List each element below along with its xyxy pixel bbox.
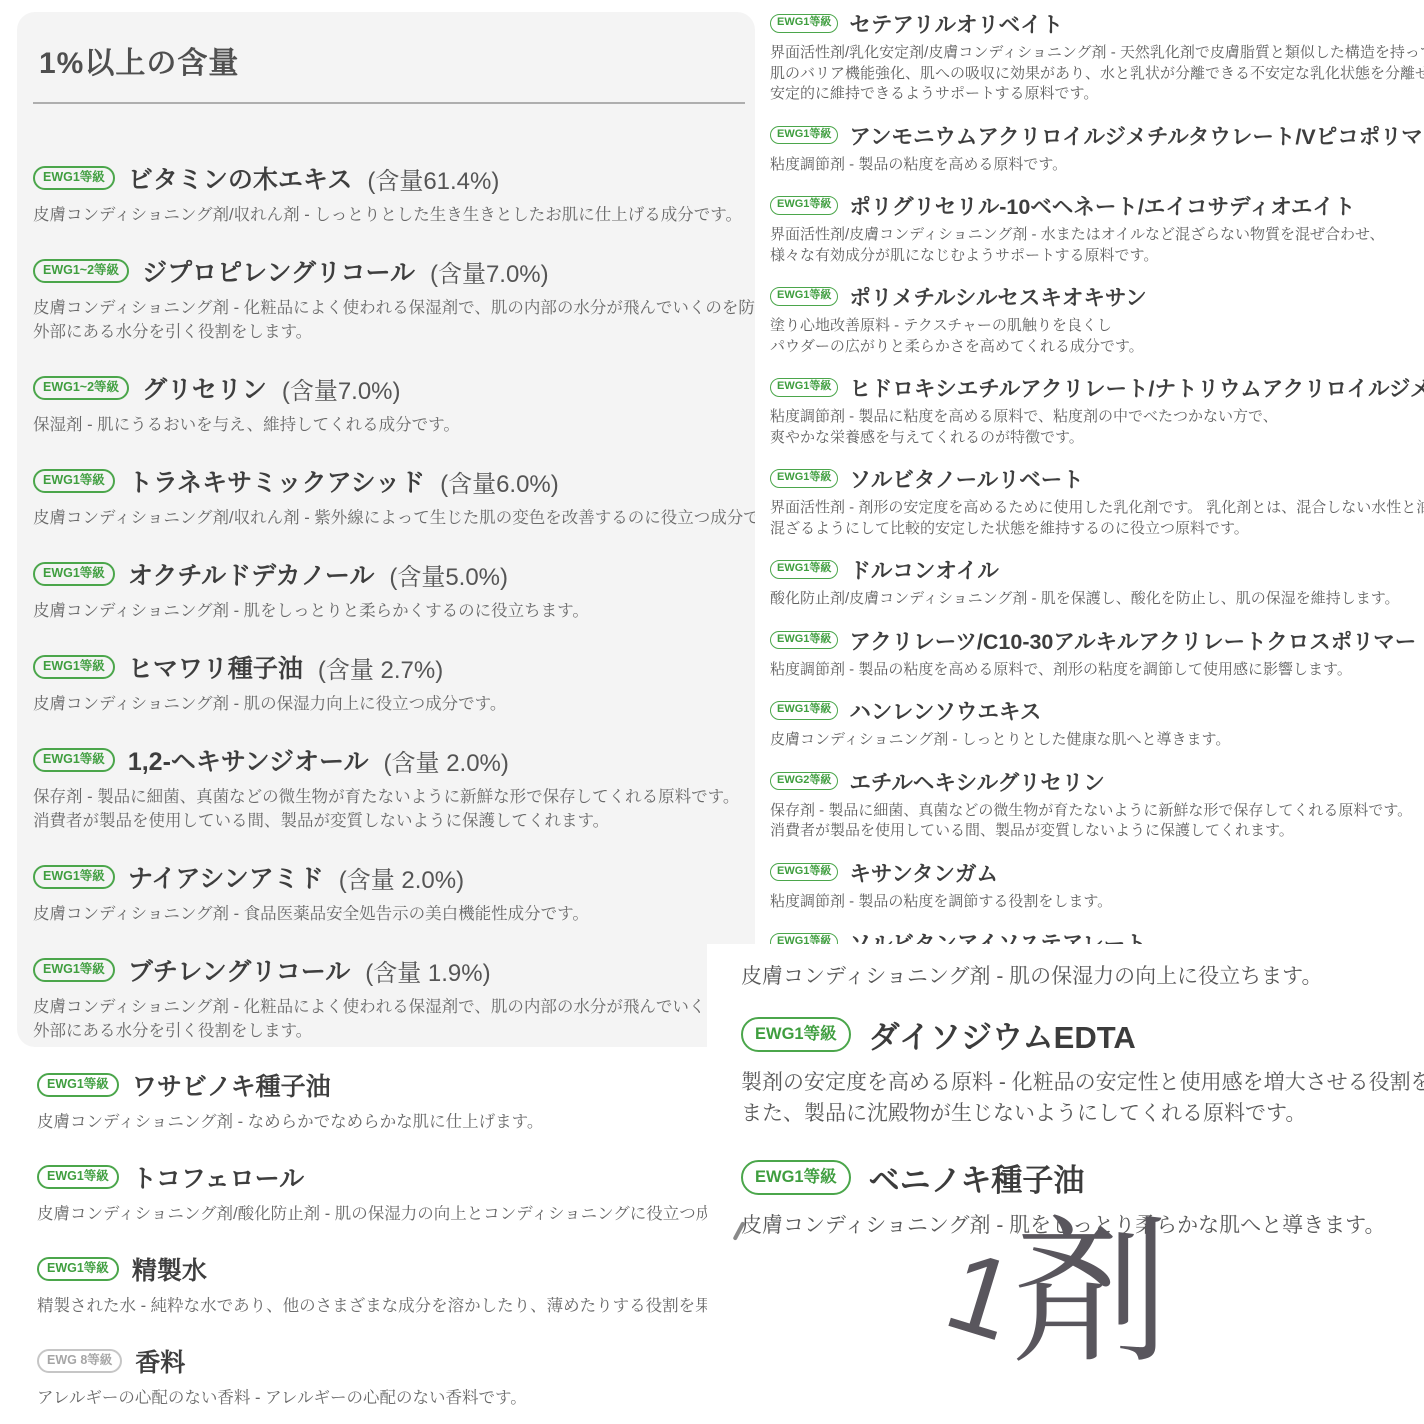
- ewg-grade-badge: EWG1等級: [770, 863, 838, 882]
- ingredient-amount: (含量5.0%): [389, 557, 508, 592]
- ingredient-header-row: EWG1~2等級 グリセリン (含量7.0%): [33, 370, 745, 406]
- ingredient-amount: (含量 1.9%): [365, 953, 490, 988]
- ingredient-header-row: EWG1等級 アクリレーツ/C10-30アルキルアクリレートクロスポリマー: [770, 625, 1424, 656]
- ewg-grade-badge: EWG1等級: [37, 1165, 119, 1190]
- ingredient-description-line: 消費者が製品を使用している間、製品が変質しないように保護してくれます。: [33, 809, 745, 833]
- ingredient-name: ビタミンの木エキス: [128, 160, 353, 196]
- ingredient-header-row: EWG1等級 ブチレングリコール (含量 1.9%): [33, 952, 745, 988]
- ingredient-name: トコフェロール: [132, 1159, 304, 1195]
- ingredient-description-line: 肌のバリア機能強化、肌への吸収に効果があり、水と乳状が分離できる不安定な乳化状態…: [770, 64, 1424, 85]
- ewg-grade-badge: EWG1等級: [770, 631, 838, 650]
- page-title: 1%以上の含量: [33, 38, 745, 82]
- ewg-grade-badge: EWG1等級: [741, 1017, 851, 1053]
- ingredient-description: 粘度調節剤 - 製品に粘度を高める原料で、粘度剤の中でべたつかない方で、爽やかな…: [770, 407, 1424, 448]
- ingredient-description-line: 皮膚コンディショニング剤/酸化防止剤 - 肌の保湿力の向上とコンディショニングに…: [37, 1202, 748, 1226]
- ingredient-header-row: EWG1等級 精製水: [37, 1251, 748, 1287]
- ingredient-amount: (含量 2.0%): [384, 743, 509, 778]
- ingredient-description: 保存剤 - 製品に細菌、真菌などの微生物が育たないように新鮮な形で保存してくれる…: [770, 801, 1424, 842]
- ingredient-description-line: 製剤の安定度を高める原料 - 化粧品の安定性と使用感を増大させる役割をします。: [741, 1068, 1424, 1099]
- ingredient-description: 皮膚コンディショニング剤 - 肌の保湿力向上に役立つ成分です。: [33, 692, 745, 716]
- ingredient-item: EWG1等級 1,2-ヘキサンジオール (含量 2.0%) 保存剤 - 製品に細…: [33, 742, 745, 833]
- ingredient-description-line: 爽やかな栄養感を与えてくれるのが特徴です。: [770, 428, 1424, 449]
- ingredient-amount: (含量7.0%): [430, 254, 549, 289]
- ingredient-description-line: 界面活性剤/皮膚コンディショニング剤 - 水またはオイルなど混ざらない物質を混ぜ…: [770, 225, 1424, 246]
- ingredient-name: ナイアシンアミド: [128, 859, 324, 895]
- ingredient-header-row: EWG1等級 ダイソジウムEDTA: [741, 1012, 1424, 1057]
- ingredient-item: EWG1等級 ビタミンの木エキス (含量61.4%) 皮膚コンディショニング剤/…: [33, 160, 745, 227]
- ingredient-item: EWG1等級 ダイソジウムEDTA 製剤の安定度を高める原料 - 化粧品の安定性…: [741, 1012, 1424, 1129]
- ingredient-header-row: EWG1等級 トラネキサミックアシッド (含量6.0%): [33, 463, 745, 499]
- ingredient-amount: (含量 2.7%): [318, 650, 443, 685]
- ingredient-description-line: 酸化防止剤/皮膚コンディショニング剤 - 肌を保護し、酸化を防止し、肌の保湿を維…: [770, 589, 1424, 610]
- ingredient-name: セテアリルオリベイト: [849, 8, 1063, 39]
- ewg-grade-badge: EWG1等級: [770, 701, 838, 720]
- ingredient-name: ドルコンオイル: [849, 554, 998, 585]
- ewg-grade-badge: EWG1等級: [37, 1257, 119, 1282]
- ingredient-description: 製剤の安定度を高める原料 - 化粧品の安定性と使用感を増大させる役割をします。ま…: [741, 1068, 1424, 1129]
- ingredient-description-line: 保存剤 - 製品に細菌、真菌などの微生物が育たないように新鮮な形で保存してくれる…: [33, 785, 745, 809]
- ingredient-header-row: EWG1等級 ハンレンソウエキス: [770, 695, 1424, 726]
- ingredient-description-line: 皮膚コンディショニング剤 - なめらかでなめらかな肌に仕上げます。: [37, 1110, 748, 1134]
- ingredient-name: グリセリン: [142, 370, 267, 406]
- ingredient-description-line: 皮膚コンディショニング剤 - 肌の保湿力向上に役立つ成分です。: [33, 692, 745, 716]
- ingredient-description-line: 粘度調節剤 - 製品に粘度を高める原料で、粘度剤の中でべたつかない方で、: [770, 407, 1424, 428]
- ingredient-item: EWG1等級 オクチルドデカノール (含量5.0%) 皮膚コンディショニング剤 …: [33, 556, 745, 623]
- ingredient-description: 皮膚コンディショニング剤 - 化粧品によく使われる保湿剤で、肌の内部の水分が飛ん…: [33, 995, 745, 1043]
- ingredient-header-row: EWG2等級 エチルヘキシルグリセリン: [770, 766, 1424, 797]
- ewg-grade-badge: EWG1等級: [770, 287, 838, 306]
- ewg-grade-badge: EWG1等級: [33, 562, 115, 587]
- ingredient-description-line: 皮膚コンディショニング剤 - 食品医薬品安全処告示の美白機能性成分です。: [33, 902, 745, 926]
- ewg-grade-badge: EWG 8等級: [37, 1349, 122, 1374]
- ewg-grade-badge: EWG1等級: [33, 166, 115, 191]
- ingredient-item: EWG1等級 ワサビノキ種子油 皮膚コンディショニング剤 - なめらかでなめらか…: [37, 1067, 748, 1134]
- ingredient-name: ベニノキ種子油: [869, 1155, 1085, 1200]
- ingredient-item: EWG1~2等級 グリセリン (含量7.0%) 保湿剤 - 肌にうるおいを与え、…: [33, 370, 745, 437]
- ingredient-item: EWG1~2等級 ジプロピレングリコール (含量7.0%) 皮膚コンディショニン…: [33, 253, 745, 344]
- ingredient-item: EWG1等級 精製水 精製された水 - 純粋な水であり、他のさまざまな成分を溶か…: [37, 1251, 748, 1318]
- ingredient-item: EWG1等級 ソルビタノールリベート 界面活性剤 - 剤形の安定度を高めるために…: [770, 463, 1424, 539]
- ingredient-list-main: EWG1等級 ビタミンの木エキス (含量61.4%) 皮膚コンディショニング剤/…: [33, 160, 745, 1047]
- ingredient-description: 皮膚コンディショニング剤 - 肌をしっとりと柔らかくするのに役立ちます。: [33, 599, 745, 623]
- ingredient-description: 保湿剤 - 肌にうるおいを与え、維持してくれる成分です。: [33, 413, 745, 437]
- ewg-grade-badge: EWG1~2等級: [33, 376, 129, 401]
- ingredient-description-line: 皮膚コンディショニング剤 - 化粧品によく使われる保湿剤で、肌の内部の水分が飛ん…: [33, 995, 745, 1019]
- ingredient-description: 界面活性剤/乳化安定剤/皮膚コンディショニング剤 - 天然乳化剤で皮膚脂質と類似…: [770, 43, 1424, 105]
- ingredient-list-lower-left-panel: EWG1等級 ワサビノキ種子油 皮膚コンディショニング剤 - なめらかでなめらか…: [0, 1047, 748, 1424]
- ingredient-header-row: EWG1等級 ベニノキ種子油: [741, 1155, 1424, 1200]
- ingredient-name: 香料: [135, 1343, 185, 1379]
- ingredient-description-line: また、製品に沈殿物が生じないようにしてくれる原料です。: [741, 1099, 1424, 1130]
- ingredient-name: トラネキサミックアシッド: [128, 463, 425, 499]
- ingredient-header-row: EWG1等級 ヒドロキシエチルアクリレート/ナトリウムアクリロイルジメチルタウレ…: [770, 372, 1424, 403]
- ingredient-amount: (含量7.0%): [282, 371, 401, 406]
- ingredient-description: 皮膚コンディショニング剤/酸化防止剤 - 肌の保湿力の向上とコンディショニングに…: [37, 1202, 748, 1226]
- ingredient-header-row: EWG1等級 ビタミンの木エキス (含量61.4%): [33, 160, 745, 196]
- ingredient-header-row: EWG1等級 オクチルドデカノール (含量5.0%): [33, 556, 745, 592]
- ingredient-description-line: アレルギーの心配のない香料 - アレルギーの心配のない香料です。: [37, 1386, 748, 1410]
- ingredient-description: 皮膚コンディショニング剤 - 化粧品によく使われる保湿剤で、肌の内部の水分が飛ん…: [33, 296, 745, 344]
- ingredient-description-line: 粘度調節剤 - 製品の粘度を高める原料で、剤形の粘度を調節して使用感に影響します…: [770, 660, 1424, 681]
- ingredient-item: EWG1等級 セテアリルオリベイト 界面活性剤/乳化安定剤/皮膚コンディショニン…: [770, 8, 1424, 105]
- ingredient-description: 界面活性剤 - 剤形の安定度を高めるために使用した乳化剤です。 乳化剤とは、混合…: [770, 498, 1424, 539]
- ingredient-name: ヒマワリ種子油: [128, 649, 303, 685]
- ingredient-item: EWG1等級 ヒドロキシエチルアクリレート/ナトリウムアクリロイルジメチルタウレ…: [770, 372, 1424, 448]
- ewg-grade-badge: EWG1等級: [741, 1160, 851, 1196]
- ingredient-description-line: 様々な有効成分が肌になじむようサポートする原料です。: [770, 246, 1424, 267]
- ingredient-name: ダイソジウムEDTA: [869, 1012, 1136, 1057]
- ingredient-description: 塗り心地改善原料 - テクスチャーの肌触りを良くしパウダーの広がりと柔らかさを高…: [770, 316, 1424, 357]
- ingredient-header-row: EWG1等級 アンモニウムアクリロイルジメチルタウレート/Vピコポリマー: [770, 120, 1424, 151]
- handwritten-kanji-zai: 剤: [1012, 1214, 1170, 1372]
- ingredient-description-line: 皮膚コンディショニング剤 - しっとりとした健康な肌へと導きます。: [770, 730, 1424, 751]
- ingredient-description-line: 界面活性剤 - 剤形の安定度を高めるために使用した乳化剤です。 乳化剤とは、混合…: [770, 498, 1424, 519]
- ingredient-description-line: 皮膚コンディショニング剤 - 化粧品によく使われる保湿剤で、肌の内部の水分が飛ん…: [33, 296, 745, 320]
- ewg-grade-badge: EWG1等級: [33, 748, 115, 773]
- ingredient-list-right: EWG1等級 セテアリルオリベイト 界面活性剤/乳化安定剤/皮膚コンディショニン…: [770, 8, 1424, 1029]
- ingredient-header-row: EWG1~2等級 ジプロピレングリコール (含量7.0%): [33, 253, 745, 289]
- ingredient-name: ワサビノキ種子油: [132, 1067, 331, 1103]
- ingredient-name: ソルビタノールリベート: [849, 463, 1083, 494]
- ingredient-item: EWG1等級 ブチレングリコール (含量 1.9%) 皮膚コンディショニング剤 …: [33, 952, 745, 1043]
- ingredient-description: 粘度調節剤 - 製品の粘度を高める原料です。: [770, 155, 1424, 176]
- ingredient-description: 界面活性剤/皮膚コンディショニング剤 - 水またはオイルなど混ざらない物質を混ぜ…: [770, 225, 1424, 266]
- ingredient-description-line: 保湿剤 - 肌にうるおいを与え、維持してくれる成分です。: [33, 413, 745, 437]
- ingredient-description-line: 皮膚コンディショニング剤/収れん剤 - しっとりとした生き生きとしたお肌に仕上げ…: [33, 203, 745, 227]
- ingredient-item: EWG1等級 アンモニウムアクリロイルジメチルタウレート/Vピコポリマー 粘度調…: [770, 120, 1424, 176]
- ingredient-header-row: EWG1等級 ドルコンオイル: [770, 554, 1424, 585]
- ingredient-item: EWG1等級 ポリメチルシルセスキオキサン 塗り心地改善原料 - テクスチャーの…: [770, 281, 1424, 357]
- ewg-grade-badge: EWG1等級: [770, 378, 838, 397]
- ingredient-item: EWG2等級 エチルヘキシルグリセリン 保存剤 - 製品に細菌、真菌などの微生物…: [770, 766, 1424, 842]
- ewg-grade-badge: EWG2等級: [770, 772, 838, 791]
- ingredient-description-line: 外部にある水分を引く役割をします。: [33, 320, 745, 344]
- ingredient-item: EWG 8等級 香料 アレルギーの心配のない香料 - アレルギーの心配のない香料…: [37, 1343, 748, 1410]
- ingredient-item: EWG1等級 ドルコンオイル 酸化防止剤/皮膚コンディショニング剤 - 肌を保護…: [770, 554, 1424, 610]
- ingredient-header-row: EWG1等級 ポリメチルシルセスキオキサン: [770, 281, 1424, 312]
- ingredient-description: 皮膚コンディショニング剤 - しっとりとした健康な肌へと導きます。: [770, 730, 1424, 751]
- ingredient-description: 粘度調節剤 - 製品の粘度を調節する役割をします。: [770, 892, 1424, 913]
- ingredient-description: 酸化防止剤/皮膚コンディショニング剤 - 肌を保護し、酸化を防止し、肌の保湿を維…: [770, 589, 1424, 610]
- ingredient-name: ブチレングリコール: [128, 952, 350, 988]
- ingredient-name: キサンタンガム: [849, 857, 998, 888]
- ewg-grade-badge: EWG1等級: [770, 469, 838, 488]
- ewg-grade-badge: EWG1等級: [33, 865, 115, 890]
- ingredient-item: EWG1等級 ポリグリセリル-10ベヘネート/エイコサディオエイト 界面活性剤/…: [770, 190, 1424, 266]
- ingredient-description: 皮膚コンディショニング剤 - 肌の保湿力の向上に役立ちます。: [741, 960, 1424, 990]
- ingredient-name: 1,2-ヘキサンジオール: [128, 742, 369, 778]
- ingredient-name: ハンレンソウエキス: [849, 695, 1041, 726]
- ingredient-description-line: 界面活性剤/乳化安定剤/皮膚コンディショニング剤 - 天然乳化剤で皮膚脂質と類似…: [770, 43, 1424, 64]
- ingredient-item: EWG1等級 キサンタンガム 粘度調節剤 - 製品の粘度を調節する役割をします。: [770, 857, 1424, 913]
- ingredient-description: アレルギーの心配のない香料 - アレルギーの心配のない香料です。: [37, 1386, 748, 1410]
- ingredient-description-line: 外部にある水分を引く役割をします。: [33, 1019, 745, 1043]
- ingredient-description-line: 保存剤 - 製品に細菌、真菌などの微生物が育たないように新鮮な形で保存してくれる…: [770, 801, 1424, 822]
- ingredient-amount: (含量61.4%): [367, 161, 499, 196]
- ingredient-description-line: パウダーの広がりと柔らかさを高めてくれる成分です。: [770, 337, 1424, 358]
- ingredient-name: ポリグリセリル-10ベヘネート/エイコサディオエイト: [849, 190, 1355, 221]
- ewg-grade-badge: EWG1等級: [770, 560, 838, 579]
- ingredient-header-row: EWG 8等級 香料: [37, 1343, 748, 1379]
- ingredient-description-line: 塗り心地改善原料 - テクスチャーの肌触りを良くし: [770, 316, 1424, 337]
- ingredient-header-row: EWG1等級 ヒマワリ種子油 (含量 2.7%): [33, 649, 745, 685]
- ingredient-list-lower-left: EWG1等級 ワサビノキ種子油 皮膚コンディショニング剤 - なめらかでなめらか…: [37, 1067, 748, 1410]
- ingredient-name: アクリレーツ/C10-30アルキルアクリレートクロスポリマー: [849, 625, 1416, 656]
- ingredient-description-line: 皮膚コンディショニング剤 - 肌をしっとりと柔らかくするのに役立ちます。: [33, 599, 745, 623]
- ewg-grade-badge: EWG1等級: [33, 958, 115, 983]
- ingredient-header-row: EWG1等級 トコフェロール: [37, 1159, 748, 1195]
- ingredient-item: EWG1等級 ハンレンソウエキス 皮膚コンディショニング剤 - しっとりとした健…: [770, 695, 1424, 751]
- ingredient-item: EWG1等級 ナイアシンアミド (含量 2.0%) 皮膚コンディショニング剤 -…: [33, 859, 745, 926]
- ingredient-item: EWG1等級 トコフェロール 皮膚コンディショニング剤/酸化防止剤 - 肌の保湿…: [37, 1159, 748, 1226]
- ingredient-description-line: 精製された水 - 純粋な水であり、他のさまざまな成分を溶かしたり、薄めたりする役…: [37, 1294, 748, 1318]
- ingredient-name: ポリメチルシルセスキオキサン: [849, 281, 1146, 312]
- ingredient-name: 精製水: [132, 1251, 207, 1287]
- ingredient-header-row: EWG1等級 ポリグリセリル-10ベヘネート/エイコサディオエイト: [770, 190, 1424, 221]
- ewg-grade-badge: EWG1等級: [37, 1073, 119, 1098]
- ingredient-description-line: 粘度調節剤 - 製品の粘度を調節する役割をします。: [770, 892, 1424, 913]
- ingredient-header-row: EWG1等級 セテアリルオリベイト: [770, 8, 1424, 39]
- ingredient-description-line: 安定的に維持できるようサポートする原料です。: [770, 84, 1424, 105]
- ingredient-description: 皮膚コンディショニング剤/収れん剤 - 紫外線によって生じた肌の変色を改善するの…: [33, 506, 745, 530]
- ewg-grade-badge: EWG1等級: [770, 14, 838, 33]
- ingredient-list-right-panel: EWG1等級 セテアリルオリベイト 界面活性剤/乳化安定剤/皮膚コンディショニン…: [756, 0, 1424, 944]
- ingredient-description-line: 混ざるようにして比較的安定した状態を維持するのに役立つ原料です。: [770, 519, 1424, 540]
- ingredient-name: ヒドロキシエチルアクリレート/ナトリウムアクリロイルジメチルタウレートコポリマー: [849, 372, 1424, 403]
- ingredient-name: ジプロピレングリコール: [142, 253, 415, 289]
- ingredient-description: 保存剤 - 製品に細菌、真菌などの微生物が育たないように新鮮な形で保存してくれる…: [33, 785, 745, 833]
- ewg-grade-badge: EWG1等級: [33, 655, 115, 680]
- ewg-grade-badge: EWG1~2等級: [33, 259, 129, 284]
- ingredient-header-row: EWG1等級 ソルビタノールリベート: [770, 463, 1424, 494]
- ingredient-description-line: 皮膚コンディショニング剤/収れん剤 - 紫外線によって生じた肌の変色を改善するの…: [33, 506, 745, 530]
- ingredient-name: エチルヘキシルグリセリン: [849, 766, 1105, 797]
- ingredient-description: 精製された水 - 純粋な水であり、他のさまざまな成分を溶かしたり、薄めたりする役…: [37, 1294, 748, 1318]
- ingredient-description: 皮膚コンディショニング剤 - 食品医薬品安全処告示の美白機能性成分です。: [33, 902, 745, 926]
- ingredient-description: 粘度調節剤 - 製品の粘度を高める原料で、剤形の粘度を調節して使用感に影響します…: [770, 660, 1424, 681]
- ingredient-description-line: 粘度調節剤 - 製品の粘度を高める原料です。: [770, 155, 1424, 176]
- ingredient-name: アンモニウムアクリロイルジメチルタウレート/Vピコポリマー: [849, 120, 1424, 151]
- ingredient-amount: (含量 2.0%): [339, 860, 464, 895]
- ingredient-description-line: 消費者が製品を使用している間、製品が変質しないように保護してくれます。: [770, 821, 1424, 842]
- ingredient-item: EWG1等級 トラネキサミックアシッド (含量6.0%) 皮膚コンディショニング…: [33, 463, 745, 530]
- ingredient-item: EWG1等級 アクリレーツ/C10-30アルキルアクリレートクロスポリマー 粘度…: [770, 625, 1424, 681]
- ingredient-description: 皮膚コンディショニング剤 - なめらかでなめらかな肌に仕上げます。: [37, 1110, 748, 1134]
- ingredient-item: EWG1等級 ヒマワリ種子油 (含量 2.7%) 皮膚コンディショニング剤 - …: [33, 649, 745, 716]
- ewg-grade-badge: EWG1等級: [770, 196, 838, 215]
- ingredient-header-row: EWG1等級 ワサビノキ種子油: [37, 1067, 748, 1103]
- ewg-grade-badge: EWG1等級: [770, 126, 838, 145]
- ingredient-description: 皮膚コンディショニング剤/収れん剤 - しっとりとした生き生きとしたお肌に仕上げ…: [33, 203, 745, 227]
- ewg-grade-badge: EWG1等級: [33, 469, 115, 494]
- ingredients-card-over-1pct: 1%以上の含量 EWG1等級 ビタミンの木エキス (含量61.4%) 皮膚コンデ…: [17, 12, 755, 1047]
- ingredient-header-row: EWG1等級 ナイアシンアミド (含量 2.0%): [33, 859, 745, 895]
- divider: [33, 102, 745, 104]
- ingredient-header-row: EWG1等級 1,2-ヘキサンジオール (含量 2.0%): [33, 742, 745, 778]
- ingredient-name: オクチルドデカノール: [128, 556, 375, 592]
- ingredient-amount: (含量6.0%): [440, 464, 559, 499]
- ingredient-header-row: EWG1等級 キサンタンガム: [770, 857, 1424, 888]
